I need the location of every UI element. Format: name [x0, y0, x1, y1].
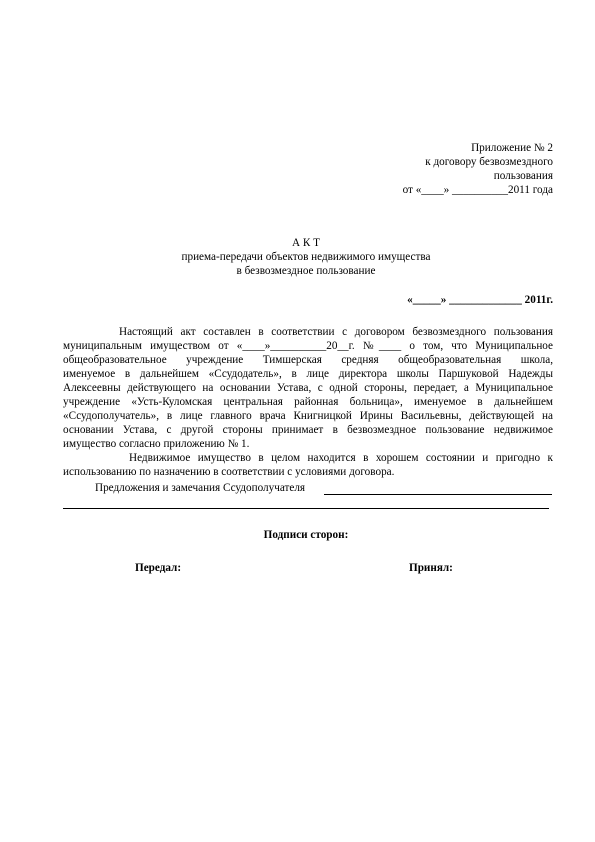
paragraph-line: Алексеевны действующего на основании Уст… — [63, 381, 553, 395]
appendix-contract-ref: к договору безвозмездного — [425, 155, 553, 169]
paragraph-line: общеобразовательное учреждение Тимшерска… — [63, 353, 553, 367]
signature-accepted-label: Принял: — [409, 561, 453, 575]
document-subtitle-1: приема-передачи объектов недвижимого иму… — [0, 250, 595, 264]
paragraph-line: Недвижимое имущество в целом находится в… — [129, 451, 553, 465]
paragraph-line: именуемое в дальнейшем «Ссудодатель», в … — [63, 367, 553, 381]
appendix-number: Приложение № 2 — [471, 141, 553, 155]
signature-transferred-label: Передал: — [135, 561, 181, 575]
remarks-label: Предложения и замечания Ссудополучателя — [95, 481, 305, 495]
appendix-date: от «____» __________2011 года — [403, 183, 553, 197]
paragraph-line: основании Устава, с другой стороны прини… — [63, 423, 553, 437]
paragraph-line: учреждение «Усть-Куломская центральная р… — [63, 395, 553, 409]
appendix-contract-ref-cont: пользования — [494, 169, 553, 183]
document-title: А К Т — [0, 236, 595, 250]
paragraph-line: использованию по назначению в соответств… — [63, 465, 553, 479]
paragraph-line: «Ссудополучатель», в лице главного врача… — [63, 409, 553, 423]
paragraph-line: Настоящий акт составлен в соответствии с… — [119, 325, 553, 339]
signatures-heading: Подписи сторон: — [0, 528, 595, 542]
document-subtitle-2: в безвозмездное пользование — [0, 264, 595, 278]
remarks-field-line[interactable] — [324, 494, 552, 495]
act-date: «_____» _____________ 2011г. — [407, 293, 553, 307]
paragraph-line: муниципальным имуществом от «____»______… — [63, 339, 553, 353]
paragraph-line: имущество согласно приложению № 1. — [63, 437, 553, 451]
remarks-field-line-2[interactable] — [63, 508, 549, 509]
